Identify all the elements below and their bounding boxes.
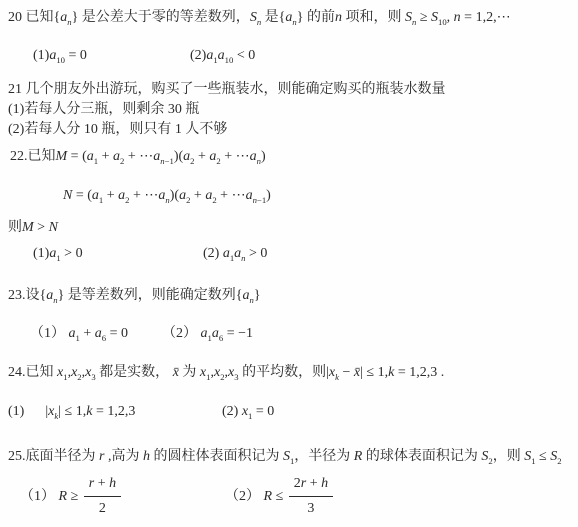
question-24-option-1: (1) |xk| ≤ 1,k = 1,2,3	[8, 402, 135, 422]
question-21-condition-2: (2)若每人分 10 瓶，则只有 1 人不够	[8, 120, 227, 140]
fraction-numerator: r + h	[84, 474, 121, 497]
question-20-option-2: (2)a1a10 < 0	[190, 46, 255, 66]
question-25-option-1: （1） R ≥ r + h2	[20, 474, 123, 520]
question-25-option-2-prefix: （2） R ≤	[225, 489, 287, 504]
question-23-stem: 23.设{an} 是等差数列，则能确定数列{an}	[8, 286, 261, 306]
math-worksheet-page: 20 已知{an} 是公差大于零的等差数列，Sn 是{an} 的前n 项和，则 …	[0, 0, 578, 527]
question-25-option-2: （2） R ≤ 2r + h3	[225, 474, 335, 520]
question-21-condition-1: (1)若每人分三瓶，则剩余 30 瓶	[8, 100, 199, 120]
fraction-denominator: 2	[84, 497, 121, 519]
question-23-option-1: （1） a1 + a6 = 0	[30, 324, 128, 344]
question-24-option-2: (2) x1 = 0	[222, 402, 274, 422]
question-20-stem: 20 已知{an} 是公差大于零的等差数列，Sn 是{an} 的前n 项和，则 …	[8, 8, 511, 28]
question-22-option-1: (1)a1 > 0	[33, 244, 83, 264]
fraction-numerator: 2r + h	[289, 474, 333, 497]
question-23-option-2: （2） a1a6 = −1	[162, 324, 253, 344]
question-21-stem: 21 几个朋友外出游玩，购买了一些瓶装水，则能确定购买的瓶装水数量	[8, 80, 446, 100]
question-22-option-2: (2) a1an > 0	[203, 244, 267, 264]
question-24-stem: 24.已知 x1,x2,x3 都是实数， x̄ 为 x1,x2,x3 的平均数，…	[8, 363, 444, 383]
question-25-option-1-prefix: （1） R ≥	[20, 489, 82, 504]
question-25-stem: 25.底面半径为 r ,高为 h 的圆柱体表面积记为 S1，半径为 R 的球体表…	[8, 447, 562, 467]
question-22-equation-n: N = (a1 + a2 + ⋯an)(a2 + a2 + ⋯an−1)	[63, 186, 271, 206]
fraction-denominator: 3	[289, 497, 333, 519]
fraction: r + h2	[84, 474, 121, 520]
question-20-option-1: (1)a10 = 0	[33, 46, 87, 66]
question-22-equation-m: 22.已知M = (a1 + a2 + ⋯an−1)(a2 + a2 + ⋯an…	[10, 147, 266, 167]
fraction: 2r + h3	[289, 474, 333, 520]
question-22-conclusion: 则M > N	[8, 218, 58, 238]
